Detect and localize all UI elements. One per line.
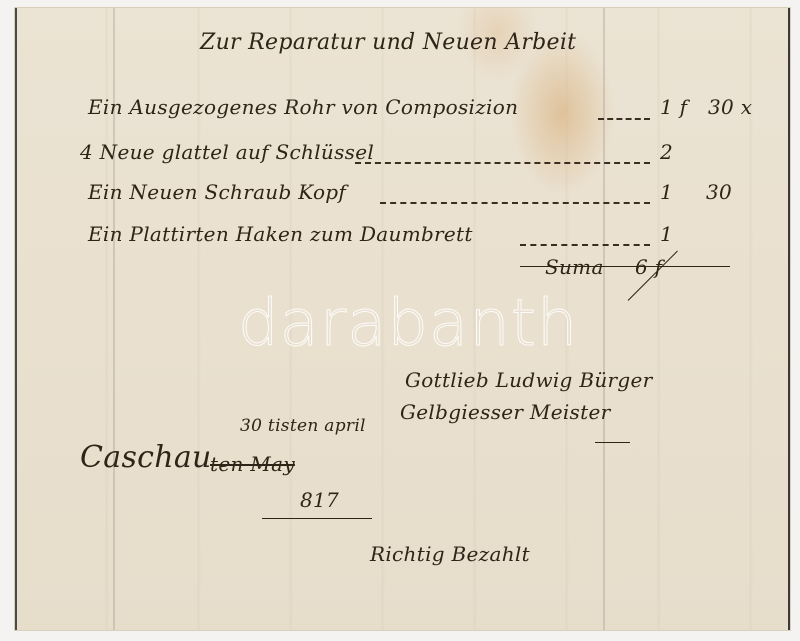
date-struck: ten May bbox=[210, 452, 295, 476]
item-florins: 1 f bbox=[660, 95, 687, 119]
year-rule bbox=[262, 518, 372, 519]
total-label: Suma bbox=[545, 255, 604, 279]
item-description: Ein Neuen Schraub Kopf bbox=[88, 180, 346, 204]
document-title: Zur Reparatur und Neuen Arbeit bbox=[200, 30, 576, 55]
item-kreuzer: 30 bbox=[706, 180, 732, 204]
item-description: 4 Neue glattel auf Schlüssel bbox=[80, 140, 374, 164]
dotted-leader bbox=[520, 244, 650, 246]
signature-name: Gottlieb Ludwig Bürger bbox=[405, 368, 652, 392]
item-florins: 1 bbox=[660, 222, 673, 246]
place-name: Caschau bbox=[80, 440, 212, 475]
date-correction: 30 tisten april bbox=[240, 416, 366, 436]
signature-title: Gelbgiesser Meister bbox=[400, 400, 610, 424]
year: 817 bbox=[300, 488, 339, 512]
item-description: Ein Plattirten Haken zum Daumbrett bbox=[88, 222, 473, 246]
item-florins: 2 bbox=[660, 140, 673, 164]
item-description: Ein Ausgezogenes Rohr von Composizion bbox=[88, 95, 518, 119]
total-value: 6 f bbox=[635, 255, 662, 279]
dotted-leader bbox=[380, 202, 650, 204]
dotted-leader bbox=[598, 118, 650, 120]
item-kreuzer: 30 x bbox=[708, 95, 752, 119]
signature-flourish bbox=[595, 442, 630, 443]
item-florins: 1 bbox=[660, 180, 673, 204]
paper-fold-line bbox=[603, 8, 605, 630]
receipt-note: Richtig Bezahlt bbox=[370, 542, 530, 566]
dotted-leader bbox=[355, 162, 650, 164]
